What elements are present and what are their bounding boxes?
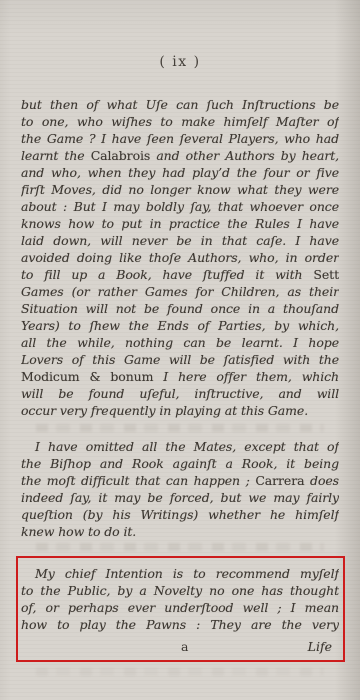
- text-line: Situation will not be found once in a th…: [21, 300, 339, 317]
- text-line: to the Public, by a Novelty no one has t…: [21, 582, 339, 599]
- signature-line: a Life: [21, 638, 339, 655]
- text-line: Years) to ſhew the Ends of Parties, by w…: [21, 317, 339, 334]
- paragraph-2: I have omitted all the Mates, except tha…: [21, 438, 339, 540]
- text-line: Modicum & bonum I here offer them, which: [21, 368, 339, 385]
- text-line: avoided doing like thoſe Authors, who, i…: [21, 249, 339, 266]
- text-line: and who, when they had play’d the four o…: [21, 164, 339, 181]
- text-line: the moſt difficult that can happen ; Car…: [21, 472, 339, 489]
- text-line: queſtion (by his Writings) whether he hi…: [21, 506, 339, 523]
- show-through-smudge: [36, 668, 324, 676]
- text-line: indeed ſay, it may be forced, but we may…: [21, 489, 339, 506]
- text-line: all the while, nothing can be learnt. I …: [21, 334, 339, 351]
- page-number: ( ix ): [0, 54, 360, 70]
- text-line: the Game ? I have ſeen ſeveral Players, …: [21, 130, 339, 147]
- text-line: My chief Intention is to recommend myſel…: [21, 565, 339, 582]
- book-page: ( ix ) but then of what Uſe can ſuch Inſ…: [0, 0, 360, 700]
- text-line: learnt the Calabrois and other Authors b…: [21, 147, 339, 164]
- show-through-smudge: [36, 543, 324, 551]
- text-line: will be found uſeful, inſtructive, and w…: [21, 385, 339, 402]
- text-line: how to play the Pawns : They are the ver…: [21, 616, 339, 633]
- text-line: knew how to do it.: [21, 523, 339, 540]
- paragraph-1: but then of what Uſe can ſuch Inſtructio…: [21, 96, 339, 419]
- text-line: of, or perhaps ever underſtood well ; I …: [21, 599, 339, 616]
- text-line: occur very frequently in playing at this…: [21, 402, 339, 419]
- paragraph-3-highlighted: My chief Intention is to recommend myſel…: [21, 565, 339, 633]
- text-line: about : But I may boldly ſay, that whoev…: [21, 198, 339, 215]
- text-line: the Biſhop and Rook againſt a Rook, it b…: [21, 455, 339, 472]
- show-through-smudge: [36, 424, 324, 432]
- text-line: I have omitted all the Mates, except tha…: [21, 438, 339, 455]
- text-line: laid down, will never be in that caſe. I…: [21, 232, 339, 249]
- text-line: to fill up a Book, have ſtuffed it with …: [21, 266, 339, 283]
- text-line: Games (or rather Games for Children, as …: [21, 283, 339, 300]
- text-line: firſt Moves, did no longer know what the…: [21, 181, 339, 198]
- signature-mark: a: [181, 638, 188, 655]
- text-line: Lovers of this Game will be ſatisfied wi…: [21, 351, 339, 368]
- text-line: knows how to put in practice the Rules I…: [21, 215, 339, 232]
- text-line: to one, who wiſhes to make himſelf Maſte…: [21, 113, 339, 130]
- catchword: Life: [308, 638, 332, 655]
- text-line: but then of what Uſe can ſuch Inſtructio…: [21, 96, 339, 113]
